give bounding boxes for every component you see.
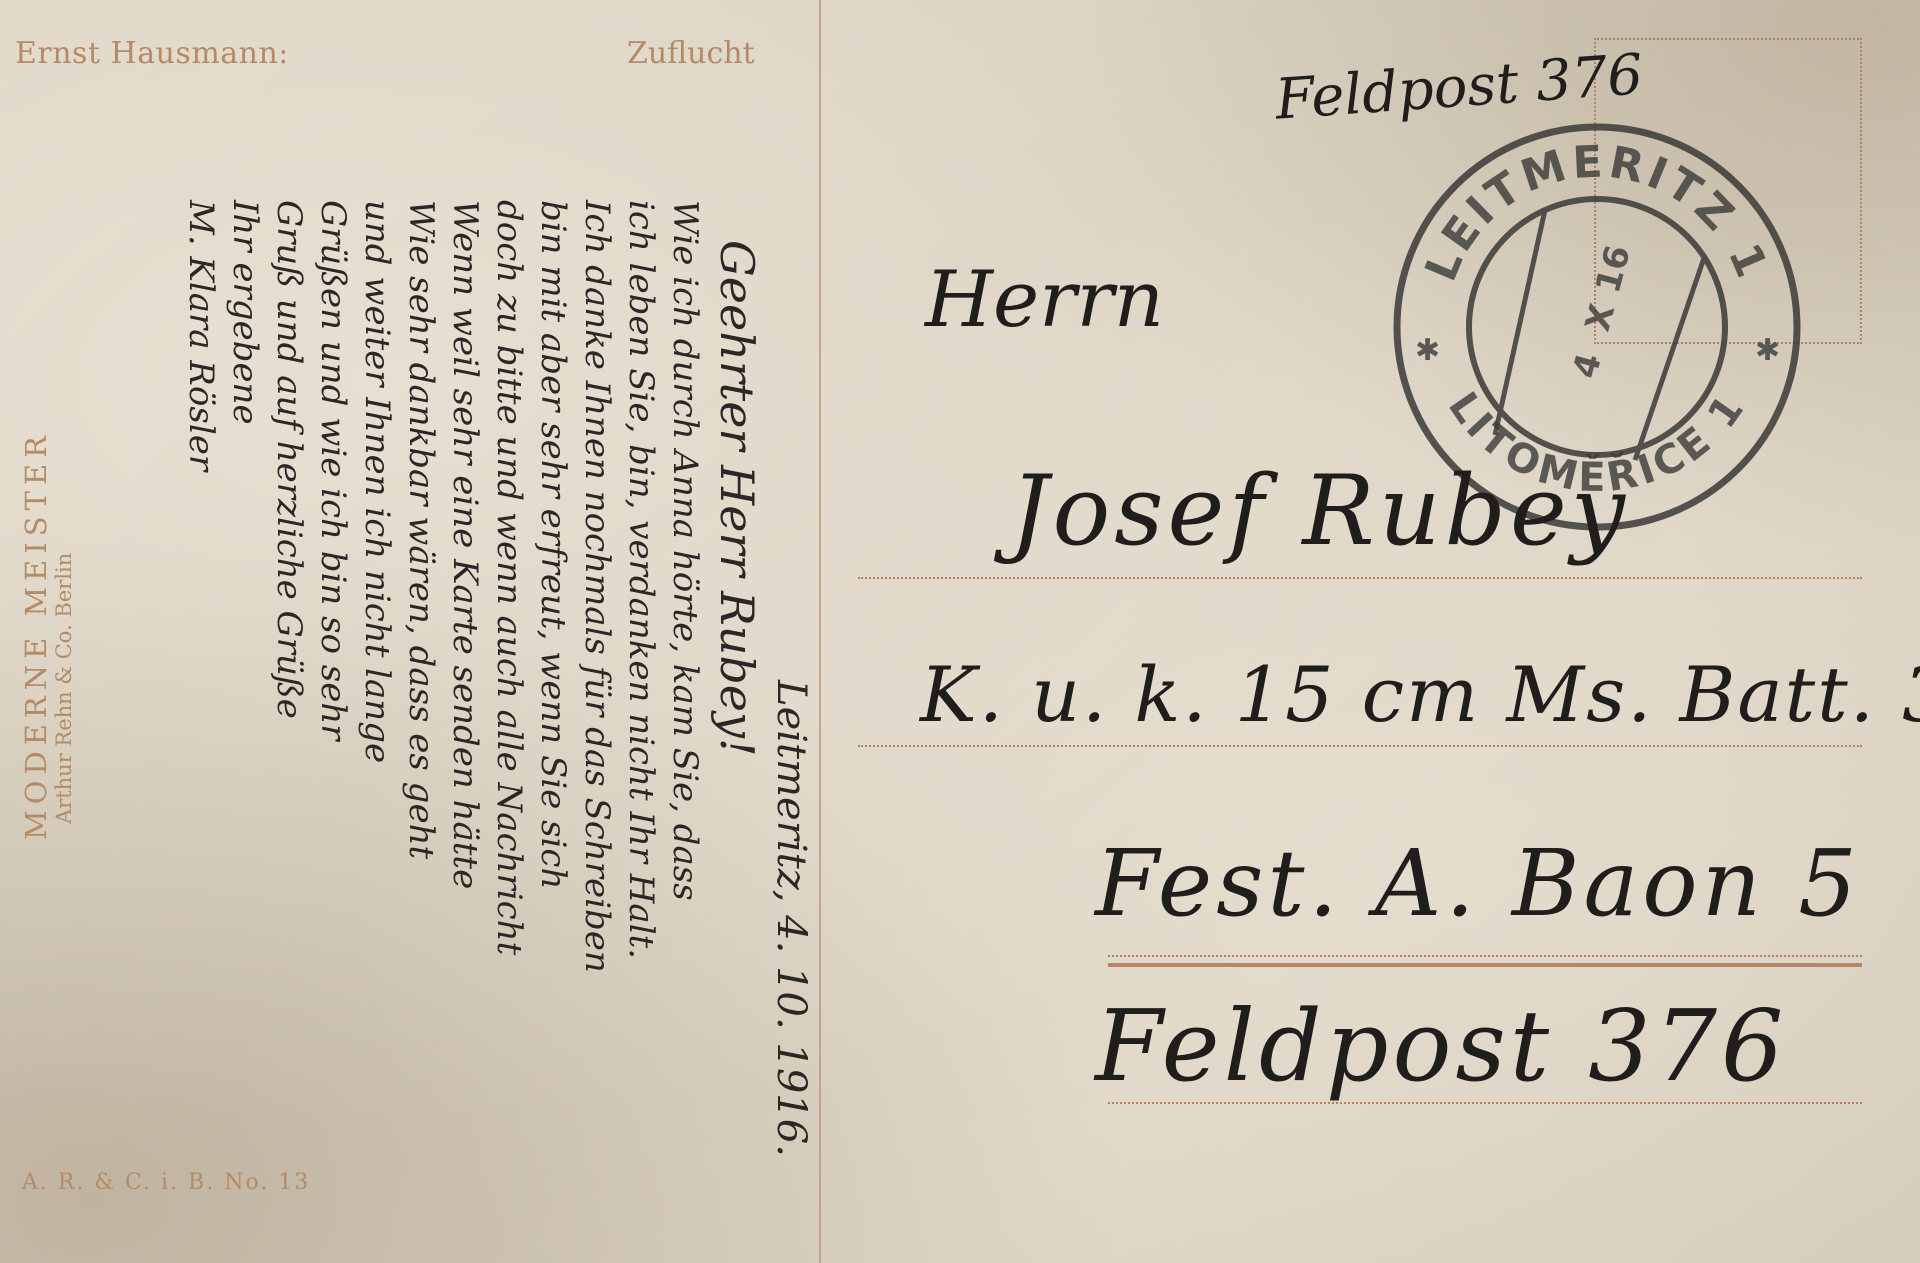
address-battalion: Fest. A. Baon 5	[1095, 830, 1861, 937]
star-icon: ✱	[1415, 333, 1440, 368]
postmark-year: 16	[1588, 241, 1639, 297]
printed-artwork-title: Zuflucht	[627, 36, 755, 71]
address-unit: K. u. k. 15 cm Ms. Batt. 3	[920, 650, 1920, 739]
address-salutation: Herrn	[925, 255, 1164, 345]
printed-artist-name: Ernst Hausmann:	[15, 36, 289, 71]
message-signature: M. Klara Rösler	[179, 200, 223, 1157]
address-recipient-name: Josef Rubey	[1010, 455, 1629, 567]
message-line: Ihr ergebene	[223, 200, 267, 1157]
address-line-3	[1108, 955, 1862, 957]
message-line: Wie sehr dankbar wären, dass es geht	[399, 200, 443, 1157]
message-line: Grüßen und wie ich bin so sehr	[311, 200, 355, 1157]
message-line: bin mit aber sehr erfreut, wenn Sie sich	[531, 200, 575, 1157]
star-icon: ✱	[1755, 333, 1780, 368]
message-line: Wie ich durch Anna hörte, kam Sie, dass	[663, 200, 707, 1157]
address-underline	[1108, 963, 1862, 967]
printed-series-imprint: MODERNE MEISTER Arthur Rehn & Co. Berlin	[20, 430, 76, 840]
message-dateline: Leitmeritz, 4. 10. 1916.	[767, 200, 815, 1157]
printed-catalog-code: A. R. & C. i. B. No. 13	[22, 1170, 310, 1195]
series-name: MODERNE MEISTER	[20, 430, 52, 840]
address-line-1	[858, 577, 1862, 579]
postmark-day: 4	[1565, 349, 1610, 382]
message-line: Gruß und auf herzliche Grüße	[267, 200, 311, 1157]
message-greeting: Geehrter Herr Rubey!	[707, 200, 767, 1157]
message-line: ich leben Sie, bin, verdanken nicht Ihr …	[619, 200, 663, 1157]
message-line: doch zu bitte und wenn auch alle Nachric…	[487, 200, 531, 1157]
message-line: und weiter Ihnen ich nicht lange	[355, 200, 399, 1157]
handwritten-message: Leitmeritz, 4. 10. 1916. Geehrter Herr R…	[179, 200, 815, 1157]
postmark-month: X	[1578, 300, 1623, 336]
publisher-name: Arthur Rehn & Co. Berlin	[52, 430, 76, 840]
center-divider	[819, 0, 821, 1263]
address-field-post: Feldpost 376	[1095, 990, 1787, 1104]
address-line-2	[858, 745, 1862, 747]
message-line: Ich danke Ihnen nochmals für das Schreib…	[575, 200, 619, 1157]
message-line: Wenn weil sehr eine Karte senden hätte	[443, 200, 487, 1157]
postcard-back: Ernst Hausmann: Zuflucht MODERNE MEISTER…	[0, 0, 1920, 1263]
